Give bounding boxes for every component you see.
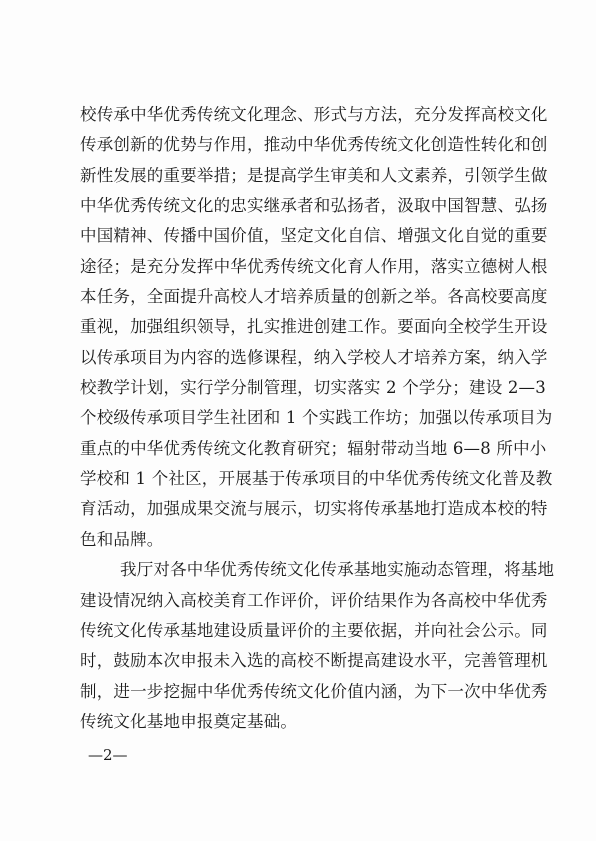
text-line: 个校级传承项目学生社团和 1 个实践工作坊；加强以传承项目为	[80, 403, 520, 433]
text-line: 传统文化基地申报奠定基础。	[80, 707, 520, 737]
text-line: 本任务，全面提升高校人才培养质量的创新之举。各高校要高度	[80, 282, 520, 312]
paragraph-1: 校传承中华优秀传统文化理念、形式与方法，充分发挥高校文化 传承创新的优势与作用，…	[80, 100, 520, 555]
text-line: 新性发展的重要举措；是提高学生审美和人文素养，引领学生做	[80, 161, 520, 191]
paragraph-2: 我厅对各中华优秀传统文化传承基地实施动态管理，将基地 建设情况纳入高校美育工作评…	[80, 555, 520, 737]
text-line: 途径；是充分发挥中华优秀传统文化育人作用，落实立德树人根	[80, 252, 520, 282]
text-line: 育活动，加强成果交流与展示，切实将传承基地打造成本校的特	[80, 494, 520, 524]
text-line: 中华优秀传统文化的忠实继承者和弘扬者，汲取中国智慧、弘扬	[80, 191, 520, 221]
page-number: —2—	[88, 746, 128, 764]
text-line: 色和品牌。	[80, 525, 520, 555]
text-line: 重视，加强组织领导，扎实推进创建工作。要面向全校学生开设	[80, 312, 520, 342]
text-line: 传统文化传承基地建设质量评价的主要依据，并向社会公示。同	[80, 616, 520, 646]
text-line: 以传承项目为内容的选修课程，纳入学校人才培养方案，纳入学	[80, 343, 520, 373]
text-line: 建设情况纳入高校美育工作评价，评价结果作为各高校中华优秀	[80, 586, 520, 616]
text-line: 制，进一步挖掘中华优秀传统文化价值内涵，为下一次中华优秀	[80, 677, 520, 707]
text-line: 校教学计划，实行学分制管理，切实落实 2 个学分；建设 2—3	[80, 373, 520, 403]
text-line: 传承创新的优势与作用，推动中华优秀传统文化创造性转化和创	[80, 130, 520, 160]
document-page: 校传承中华优秀传统文化理念、形式与方法，充分发挥高校文化 传承创新的优势与作用，…	[0, 0, 596, 841]
text-line: 时，鼓励本次申报未入选的高校不断提高建设水平，完善管理机	[80, 646, 520, 676]
text-line: 中国精神、传播中国价值，坚定文化自信、增强文化自觉的重要	[80, 221, 520, 251]
text-line: 重点的中华优秀传统文化教育研究；辐射带动当地 6—8 所中小	[80, 434, 520, 464]
text-line: 我厅对各中华优秀传统文化传承基地实施动态管理，将基地	[80, 555, 520, 585]
body-text: 校传承中华优秀传统文化理念、形式与方法，充分发挥高校文化 传承创新的优势与作用，…	[80, 100, 520, 737]
text-line: 学校和 1 个社区，开展基于传承项目的中华优秀传统文化普及教	[80, 464, 520, 494]
text-line: 校传承中华优秀传统文化理念、形式与方法，充分发挥高校文化	[80, 100, 520, 130]
